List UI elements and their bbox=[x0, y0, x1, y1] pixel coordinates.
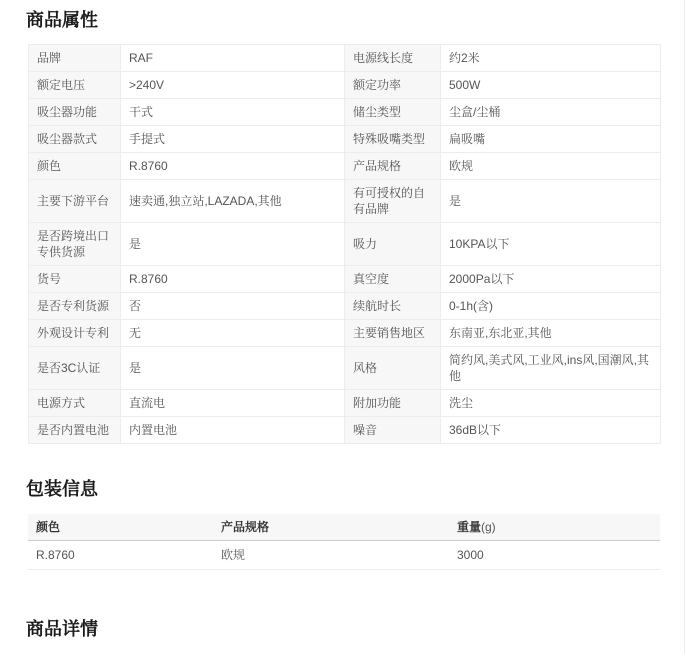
attr-value: 10KPA以下 bbox=[441, 223, 661, 266]
attr-label: 颜色 bbox=[29, 153, 121, 180]
attr-value: 欧规 bbox=[441, 153, 661, 180]
attr-label: 电源方式 bbox=[29, 390, 121, 417]
attr-label: 是否跨境出口专供货源 bbox=[29, 223, 121, 266]
packaging-value-spec: 欧规 bbox=[213, 541, 449, 570]
attr-label: 储尘类型 bbox=[345, 99, 441, 126]
packaging-header-spec: 产品规格 bbox=[213, 514, 449, 541]
packaging-header-color: 颜色 bbox=[28, 514, 213, 541]
attr-row: 外观设计专利 无 主要销售地区 东南亚,东北亚,其他 bbox=[29, 320, 661, 347]
attr-row: 品牌 RAF 电源线长度 约2米 bbox=[29, 45, 661, 72]
attr-label: 吸尘器款式 bbox=[29, 126, 121, 153]
attr-label: 是否内置电池 bbox=[29, 417, 121, 444]
attr-value: 洗尘 bbox=[441, 390, 661, 417]
attr-value: 0-1h(含) bbox=[441, 293, 661, 320]
attr-label: 有可授权的自有品牌 bbox=[345, 180, 441, 223]
attr-value: 手提式 bbox=[121, 126, 345, 153]
attr-value: 无 bbox=[121, 320, 345, 347]
section-title-product-attributes: 商品属性 bbox=[26, 0, 691, 32]
attr-label: 主要下游平台 bbox=[29, 180, 121, 223]
attr-row: 吸尘器功能 干式 储尘类型 尘盒/尘桶 bbox=[29, 99, 661, 126]
attr-value: R.8760 bbox=[121, 153, 345, 180]
packaging-info-table: 颜色 产品规格 重量(g) R.8760 欧规 3000 bbox=[28, 514, 660, 570]
packaging-header-weight: 重量(g) bbox=[449, 514, 660, 541]
section-title-product-details: 商品详情 bbox=[26, 617, 691, 641]
attr-value: 直流电 bbox=[121, 390, 345, 417]
attr-value: 是 bbox=[121, 223, 345, 266]
attr-label: 外观设计专利 bbox=[29, 320, 121, 347]
attr-label: 是否专利货源 bbox=[29, 293, 121, 320]
section-title-packaging-info: 包装信息 bbox=[26, 477, 691, 501]
attr-value: 500W bbox=[441, 72, 661, 99]
attr-value: R.8760 bbox=[121, 266, 345, 293]
attr-value: 扁吸嘴 bbox=[441, 126, 661, 153]
attr-value: 36dB以下 bbox=[441, 417, 661, 444]
attr-label: 真空度 bbox=[345, 266, 441, 293]
product-detail-page: 商品属性 品牌 RAF 电源线长度 约2米 额定电压 >240V 额定功率 50… bbox=[0, 0, 691, 654]
attr-value: 简约风,美式风,工业风,ins风,国潮风,其他 bbox=[441, 347, 661, 390]
attr-value: 是 bbox=[441, 180, 661, 223]
attr-label: 额定电压 bbox=[29, 72, 121, 99]
attr-row: 货号 R.8760 真空度 2000Pa以下 bbox=[29, 266, 661, 293]
attr-label: 特殊吸嘴类型 bbox=[345, 126, 441, 153]
attr-value: 内置电池 bbox=[121, 417, 345, 444]
attr-label: 吸尘器功能 bbox=[29, 99, 121, 126]
attr-row: 是否内置电池 内置电池 噪音 36dB以下 bbox=[29, 417, 661, 444]
packaging-value-weight: 3000 bbox=[449, 541, 660, 570]
attr-value: RAF bbox=[121, 45, 345, 72]
page-right-divider bbox=[684, 0, 685, 654]
attr-label: 续航时长 bbox=[345, 293, 441, 320]
attr-value: 尘盒/尘桶 bbox=[441, 99, 661, 126]
attr-row: 是否3C认证 是 风格 简约风,美式风,工业风,ins风,国潮风,其他 bbox=[29, 347, 661, 390]
attr-row: 电源方式 直流电 附加功能 洗尘 bbox=[29, 390, 661, 417]
attr-value: 2000Pa以下 bbox=[441, 266, 661, 293]
attr-label: 风格 bbox=[345, 347, 441, 390]
attr-label: 额定功率 bbox=[345, 72, 441, 99]
attr-label: 是否3C认证 bbox=[29, 347, 121, 390]
attr-label: 品牌 bbox=[29, 45, 121, 72]
attr-label: 附加功能 bbox=[345, 390, 441, 417]
attr-row: 主要下游平台 速卖通,独立站,LAZADA,其他 有可授权的自有品牌 是 bbox=[29, 180, 661, 223]
product-attributes-table: 品牌 RAF 电源线长度 约2米 额定电压 >240V 额定功率 500W 吸尘… bbox=[28, 44, 661, 444]
attr-value: 东南亚,东北亚,其他 bbox=[441, 320, 661, 347]
attr-row: 是否跨境出口专供货源 是 吸力 10KPA以下 bbox=[29, 223, 661, 266]
attr-row: 额定电压 >240V 额定功率 500W bbox=[29, 72, 661, 99]
attr-label: 电源线长度 bbox=[345, 45, 441, 72]
attr-label: 主要销售地区 bbox=[345, 320, 441, 347]
attr-label: 吸力 bbox=[345, 223, 441, 266]
attr-row: 颜色 R.8760 产品规格 欧规 bbox=[29, 153, 661, 180]
packaging-data-row: R.8760 欧规 3000 bbox=[28, 541, 660, 570]
packaging-header-row: 颜色 产品规格 重量(g) bbox=[28, 514, 660, 541]
attr-value: 约2米 bbox=[441, 45, 661, 72]
attr-value: 是 bbox=[121, 347, 345, 390]
attr-value: 否 bbox=[121, 293, 345, 320]
attr-row: 是否专利货源 否 续航时长 0-1h(含) bbox=[29, 293, 661, 320]
attr-label: 货号 bbox=[29, 266, 121, 293]
attr-label: 噪音 bbox=[345, 417, 441, 444]
attr-row: 吸尘器款式 手提式 特殊吸嘴类型 扁吸嘴 bbox=[29, 126, 661, 153]
attr-value: >240V bbox=[121, 72, 345, 99]
attr-value: 速卖通,独立站,LAZADA,其他 bbox=[121, 180, 345, 223]
attr-value: 干式 bbox=[121, 99, 345, 126]
packaging-value-color: R.8760 bbox=[28, 541, 213, 570]
attr-label: 产品规格 bbox=[345, 153, 441, 180]
